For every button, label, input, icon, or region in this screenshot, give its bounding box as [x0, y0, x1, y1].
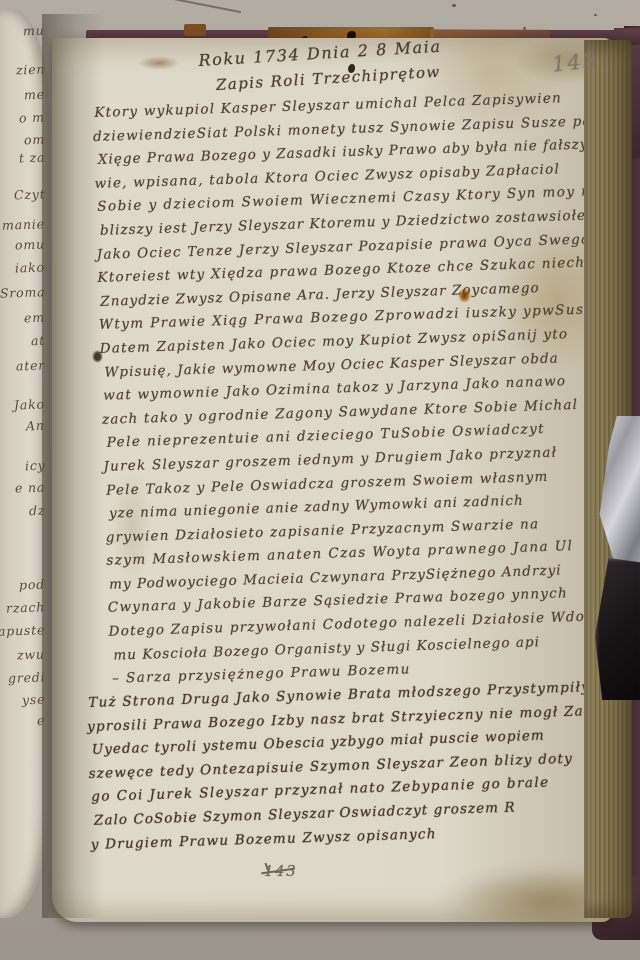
left-page-text-fragment: apuste [0, 622, 45, 639]
left-page-text-fragment: omu [15, 236, 45, 252]
left-page-text-fragment: at [31, 333, 46, 348]
left-page-text-fragment: An [26, 418, 45, 434]
left-page-text-fragment: ater [16, 357, 46, 373]
left-page-text-fragment: zwu [17, 647, 45, 663]
left-page-text-fragment: e [37, 713, 46, 728]
tape-stain-tab [184, 24, 206, 36]
manuscript-paragraph-1: Ktory wykupiol Kasper Sleyszar umichal P… [92, 86, 625, 692]
header-title-line: Zapis Roli Trzechiprętow [216, 63, 444, 94]
left-page-text-fragment: Jako [14, 396, 45, 412]
left-page-text-fragment: om [24, 132, 45, 148]
left-page-text-fragment: Sroma [0, 284, 45, 301]
left-page-text-fragment: e na [15, 479, 46, 495]
left-page-text-fragment: zien [16, 61, 46, 77]
left-page-text-fragment: gredi [7, 669, 45, 685]
bottom-pencil-mark: 143 [264, 862, 297, 880]
background-speck [594, 14, 597, 16]
manuscript-page: Roku 1734 Dnia 2 8 Maia Zapis Roli Trzec… [52, 38, 612, 922]
left-page-text-fragment: em [24, 310, 45, 326]
left-page-text-fragment: icy [24, 458, 45, 474]
left-page-text-fragment: Czyt [13, 186, 45, 202]
left-page-text-fragment: dz [29, 503, 46, 519]
background-crack-line [147, 0, 242, 13]
manuscript-paragraph-2: Tuż Strona Druga Jako Synowie Brata młod… [86, 676, 607, 857]
manuscript-header: Roku 1734 Dnia 2 8 Maia Zapis Roli Trzec… [198, 37, 444, 95]
left-page-text-fragment: mu [23, 23, 45, 39]
left-page-text-fragment: iako [15, 259, 45, 275]
left-page-text-fragment: o m [19, 110, 45, 126]
left-page-text-fragment: yse [21, 692, 45, 708]
left-page-text-fragment: rzach [6, 599, 46, 615]
photo-of-manuscript: { "document": { "header": { "date_line":… [0, 0, 640, 960]
left-page-text-fragment: me [24, 87, 45, 103]
previous-page-edge: muzienmeo momt zaCzytmanieomuiakoSromaem… [0, 10, 50, 918]
background-speck [452, 4, 456, 7]
left-page-text-fragment: pod [19, 577, 45, 593]
left-page-text-fragment: manie [2, 216, 45, 232]
left-page-text-fragment: t za [18, 150, 45, 166]
stain [138, 56, 180, 70]
